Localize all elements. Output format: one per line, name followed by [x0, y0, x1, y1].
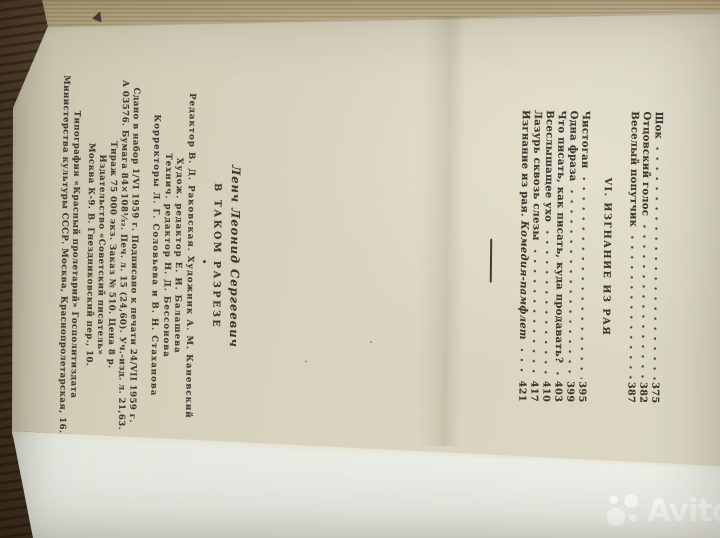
author-name: Ленч Леонид Сергеевич: [226, 70, 245, 442]
toc-entry-title: Шок: [652, 112, 663, 140]
imprint-text: Москва К-9. В. Гнездниковский пер., 10.: [84, 143, 97, 367]
toc-entry-page: 421: [516, 381, 527, 402]
toc-entry-page: 382: [637, 382, 648, 403]
toc-entry-title: Чистоган: [579, 111, 591, 169]
imprint-text: Издательство «Советский писатель»: [95, 154, 107, 355]
book-title-label: В ТАКОМ РАЗРЕЗЕ: [211, 183, 224, 329]
toc-entry-page: 410: [540, 381, 551, 402]
toc-entry-page: 399: [564, 381, 575, 402]
paper-speck: [64, 113, 66, 115]
avito-watermark: Avito: [602, 489, 720, 533]
toc-entry-title: Одна фраза: [567, 111, 579, 182]
imprint-text: Тираж 75 000 экз. Заказ № 510. Цена 8 р.: [106, 141, 119, 368]
contents-end-rule: [490, 239, 493, 283]
author-name-label: Ленч Леонид Сергеевич: [227, 165, 243, 348]
toc-entry-page: 375: [649, 382, 660, 403]
toc-section-header: VI. ИЗГНАНИЕ ИЗ РАЯ: [598, 111, 616, 403]
toc-section-header-label: VI. ИЗГНАНИЕ ИЗ РАЯ: [601, 178, 614, 337]
toc-entry-title: Отцовский голос: [640, 111, 652, 216]
imprint-text: Технич. редактор Н. Д. Бессонова: [161, 153, 173, 358]
printed-content: Шок 375 Отцовский голос 382 Веселый попу…: [0, 0, 720, 538]
imprint-text: Худож. редактор Е. И. Балашева: [172, 158, 184, 354]
paper-speck: [305, 360, 307, 362]
dot-leader: [625, 230, 640, 379]
toc-entry-page: 387: [625, 382, 636, 403]
toc-entry-title: Изгнание из рая.: [519, 110, 531, 217]
toc-entry-page: 403: [552, 381, 563, 402]
book-title: В ТАКОМ РАЗРЕЗЕ: [209, 70, 226, 442]
imprint-text: Редактор В. Д. Раковская. Художник А. М.…: [184, 93, 198, 419]
avito-circles-icon: [602, 490, 644, 532]
toc-entry-page: 417: [528, 381, 539, 402]
toc-entry-subtitle: Комедия-памфлет: [517, 221, 529, 340]
toc-entry-title: Лазурь сквозь слезы: [530, 110, 543, 241]
toc-entry-title: Веселый попутчик: [627, 111, 639, 227]
separator-dot: [203, 260, 206, 263]
dot-leader: [516, 343, 529, 378]
dot-leader: [552, 366, 565, 378]
toc-entry-title: Всеслышащее ухо: [542, 110, 554, 222]
book-photo: Шок 375 Отцовский голос 382 Веселый попу…: [0, 0, 720, 538]
toc-entry-page: 395: [576, 381, 587, 402]
avito-label: Avito: [647, 496, 720, 527]
paper-speck: [370, 341, 372, 343]
